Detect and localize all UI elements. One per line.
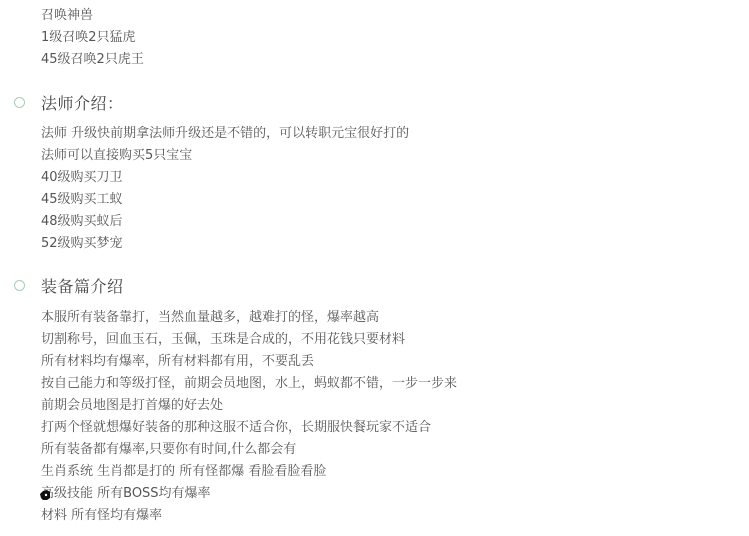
circle-bullet-icon [14,280,25,291]
equipment-line: 所有装备都有爆率,只要你有时间,什么都会有 [41,439,457,461]
equipment-line: 所有材料均有爆率，所有材料都有用，不要乱丢 [41,351,457,373]
circle-bullet-icon [14,97,25,108]
equipment-heading-text: 装备篇介绍 [41,274,124,297]
mage-section-content: 法师 升级快前期拿法师升级还是不错的，可以转职元宝很好打的 法师可以直接购买5只… [41,123,409,255]
mage-line: 40级购买刀卫 [41,167,409,189]
summon-line: 1级召唤2只猛虎 [41,27,144,49]
equipment-line: 前期会员地图是打首爆的好去处 [41,395,457,417]
equipment-section-heading: 装备篇介绍 [14,273,124,297]
equipment-line: 切割称号，回血玉石，玉佩，玉珠是合成的，不用花钱只要材料 [41,329,457,351]
mage-section-heading: 法师介绍： [14,90,124,114]
mage-line: 52级购买梦宠 [41,233,409,255]
mage-line: 45级购买工蚁 [41,189,409,211]
equipment-line: 本服所有装备靠打，当然血量越多，越难打的怪，爆率越高 [41,307,457,329]
equipment-line: 高级技能 所有BOSS均有爆率 [41,483,457,505]
summon-section: 召唤神兽 1级召唤2只猛虎 45级召唤2只虎王 [41,5,144,71]
equipment-line: 材料 所有怪均有爆率 [41,505,457,527]
summon-line: 45级召唤2只虎王 [41,49,144,71]
mage-line: 法师 升级快前期拿法师升级还是不错的，可以转职元宝很好打的 [41,123,409,145]
mage-heading-text: 法师介绍： [41,91,124,114]
equipment-line: 打两个怪就想爆好装备的那种这服不适合你，长期服快餐玩家不适合 [41,417,457,439]
equipment-line: 按自己能力和等级打怪，前期会员地图，水上，蚂蚁都不错，一步一步来 [41,373,457,395]
summon-line: 召唤神兽 [41,5,144,27]
equipment-line: 生肖系统 生肖都是打的 所有怪都爆 看脸看脸看脸 [41,461,457,483]
mage-line: 法师可以直接购买5只宝宝 [41,145,409,167]
mouse-cursor-icon [39,489,51,501]
equipment-section-content: 本服所有装备靠打，当然血量越多，越难打的怪，爆率越高 切割称号，回血玉石，玉佩，… [41,307,457,527]
mage-line: 48级购买蚁后 [41,211,409,233]
